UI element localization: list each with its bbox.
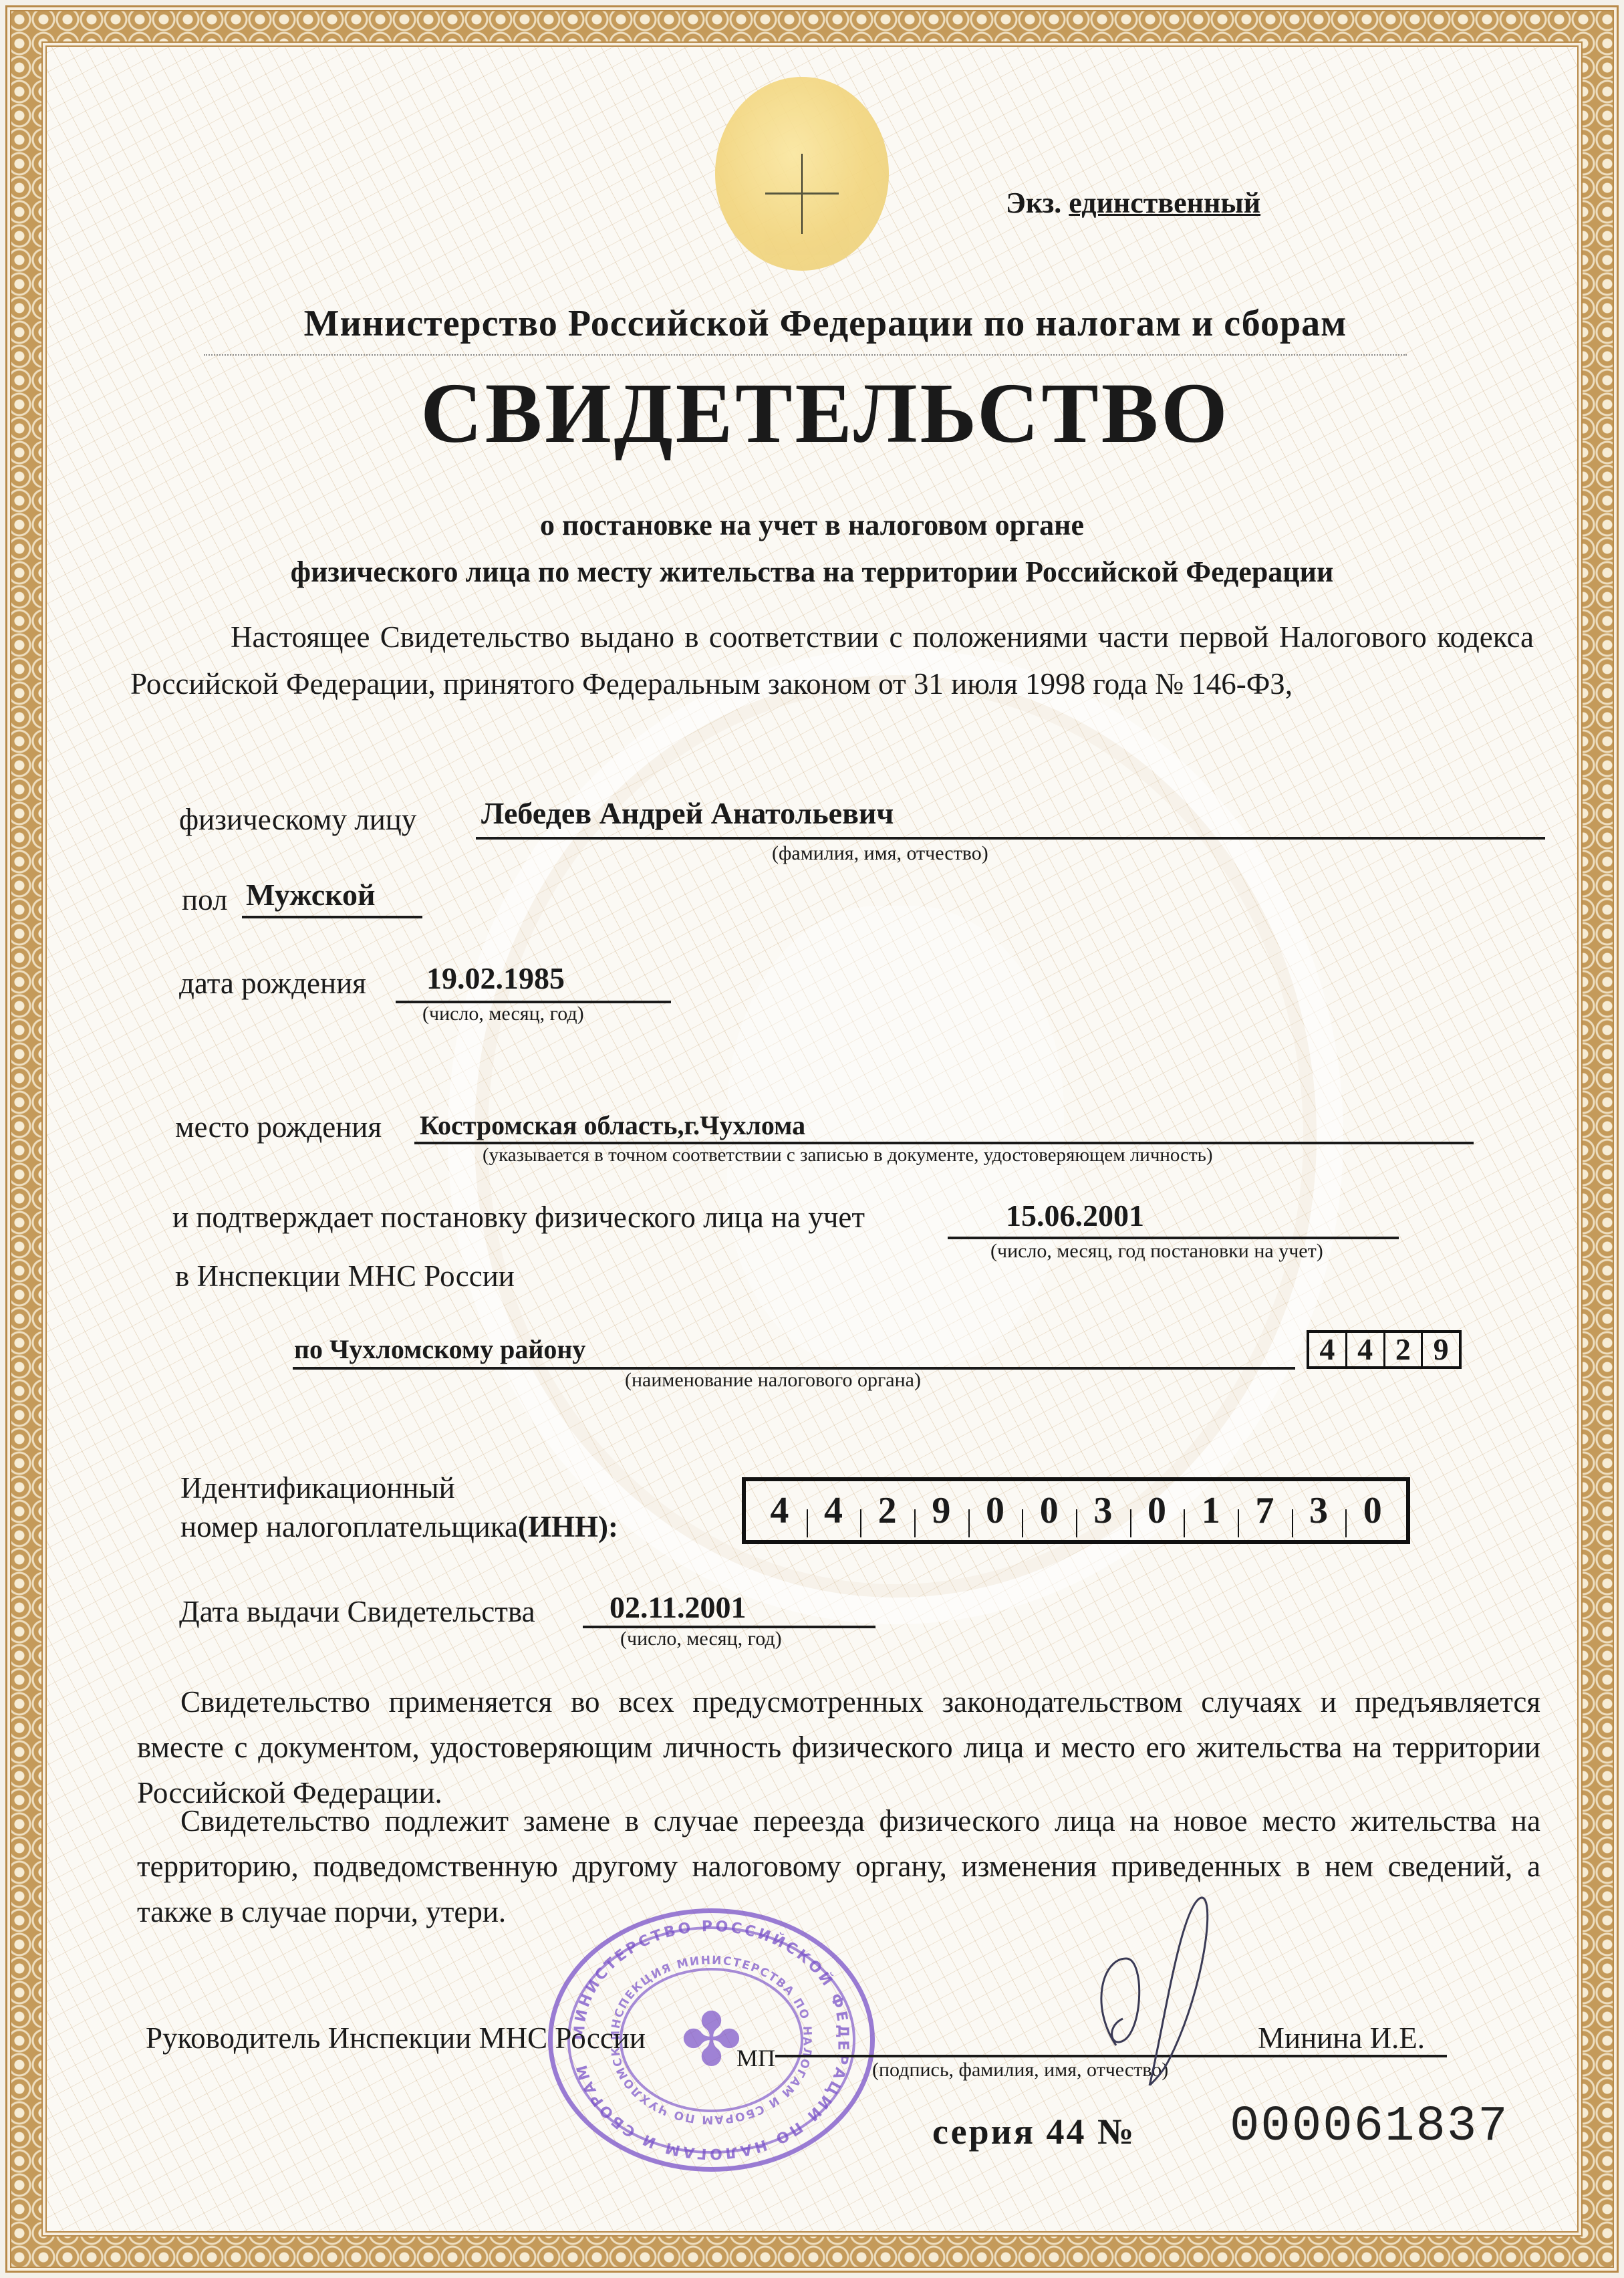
inn-digit: 0 bbox=[968, 1489, 1023, 1532]
person-label: физическому лицу bbox=[179, 802, 416, 837]
birth-date-label: дата рождения bbox=[179, 966, 366, 1001]
tax-office-code-box: 4 4 2 9 bbox=[1307, 1330, 1462, 1369]
ministry-header: Министерство Российской Федерации по нал… bbox=[0, 302, 1624, 345]
birth-date-value: 19.02.1985 bbox=[426, 961, 565, 996]
handwritten-signature bbox=[1063, 1885, 1283, 2085]
subtitle-line-1: о постановке на учет в налоговом органе bbox=[0, 508, 1624, 542]
inn-label-line2: номер налогоплательщика(ИНН): bbox=[180, 1509, 618, 1544]
issue-date-hint: (число, месяц, год) bbox=[620, 1628, 782, 1650]
inn-label-text: номер налогоплательщика bbox=[180, 1510, 518, 1543]
inn-digit: 7 bbox=[1238, 1489, 1292, 1532]
inn-digit: 3 bbox=[1076, 1489, 1130, 1532]
birth-place-label: место рождения bbox=[175, 1110, 382, 1144]
serial-label: серия 44 № bbox=[932, 2111, 1135, 2152]
inn-label-line1: Идентификационный bbox=[180, 1471, 455, 1505]
seal-mark: МП bbox=[736, 2044, 775, 2072]
inn-box: 442900301730 bbox=[742, 1477, 1410, 1544]
inn-digit: 9 bbox=[914, 1489, 968, 1532]
sex-value: Мужской bbox=[246, 877, 376, 912]
inspection-label: в Инспекции МНС России bbox=[175, 1259, 515, 1293]
ministry-divider bbox=[204, 354, 1407, 356]
registration-label: и подтверждает постановку физического ли… bbox=[172, 1200, 865, 1235]
birth-place-value: Костромская область,г.Чухлома bbox=[420, 1110, 805, 1141]
person-value: Лебедев Андрей Анатольевич bbox=[481, 795, 894, 831]
inn-digit: 0 bbox=[1345, 1489, 1399, 1532]
certificate: Экз. единственный Министерство Российско… bbox=[0, 0, 1624, 2278]
hologram-cross-bar bbox=[765, 193, 839, 195]
inn-digit: 0 bbox=[1022, 1489, 1076, 1532]
registration-date-value: 15.06.2001 bbox=[1006, 1198, 1144, 1233]
inn-digit: 2 bbox=[860, 1489, 914, 1532]
tax-office-code-digit: 4 bbox=[1345, 1333, 1383, 1366]
person-hint: (фамилия, имя, отчество) bbox=[772, 842, 988, 865]
copy-note-value: единственный bbox=[1069, 186, 1260, 219]
issue-date-label: Дата выдачи Свидетельства bbox=[179, 1594, 535, 1629]
inn-digit: 0 bbox=[1130, 1489, 1184, 1532]
intro-paragraph: Настоящее Свидетельство выдано в соответ… bbox=[130, 614, 1534, 707]
inn-digit: 4 bbox=[753, 1489, 807, 1532]
inn-digit: 1 bbox=[1184, 1489, 1238, 1532]
signatory-position: Руководитель Инспекции МНС России bbox=[146, 2021, 646, 2055]
inn-label-abbr: (ИНН): bbox=[518, 1510, 618, 1543]
birth-date-hint: (число, месяц, год) bbox=[422, 1003, 584, 1025]
hologram-sticker bbox=[715, 77, 889, 271]
inn-digit: 3 bbox=[1292, 1489, 1346, 1532]
subtitle-line-2: физического лица по месту жительства на … bbox=[0, 555, 1624, 589]
registration-hint: (число, месяц, год постановки на учет) bbox=[990, 1240, 1323, 1263]
tax-office-code-digit: 9 bbox=[1421, 1333, 1459, 1366]
copy-note-label: Экз. bbox=[1006, 186, 1061, 219]
sex-underline bbox=[242, 916, 422, 918]
double-headed-eagle-icon: ✤ bbox=[680, 1997, 742, 2083]
issue-date-value: 02.11.2001 bbox=[610, 1590, 746, 1625]
document-title: СВИДЕТЕЛЬСТВО bbox=[0, 364, 1624, 463]
inn-digit: 4 bbox=[807, 1489, 861, 1532]
tax-office-code-digit: 2 bbox=[1383, 1333, 1422, 1366]
registration-underline bbox=[948, 1237, 1399, 1239]
inspection-value: по Чухломскому району bbox=[294, 1334, 585, 1365]
person-underline bbox=[476, 837, 1545, 840]
sex-label: пол bbox=[182, 882, 227, 917]
usage-paragraph: Свидетельство применяется во всех предус… bbox=[137, 1679, 1540, 1815]
serial-number: 000061837 bbox=[1230, 2099, 1509, 2155]
tax-office-code-digit: 4 bbox=[1309, 1333, 1345, 1366]
inspection-hint: (наименование налогового органа) bbox=[625, 1369, 921, 1392]
copy-note: Экз. единственный bbox=[1006, 186, 1260, 220]
birth-place-hint: (указывается в точном соответствии с зап… bbox=[483, 1144, 1213, 1166]
